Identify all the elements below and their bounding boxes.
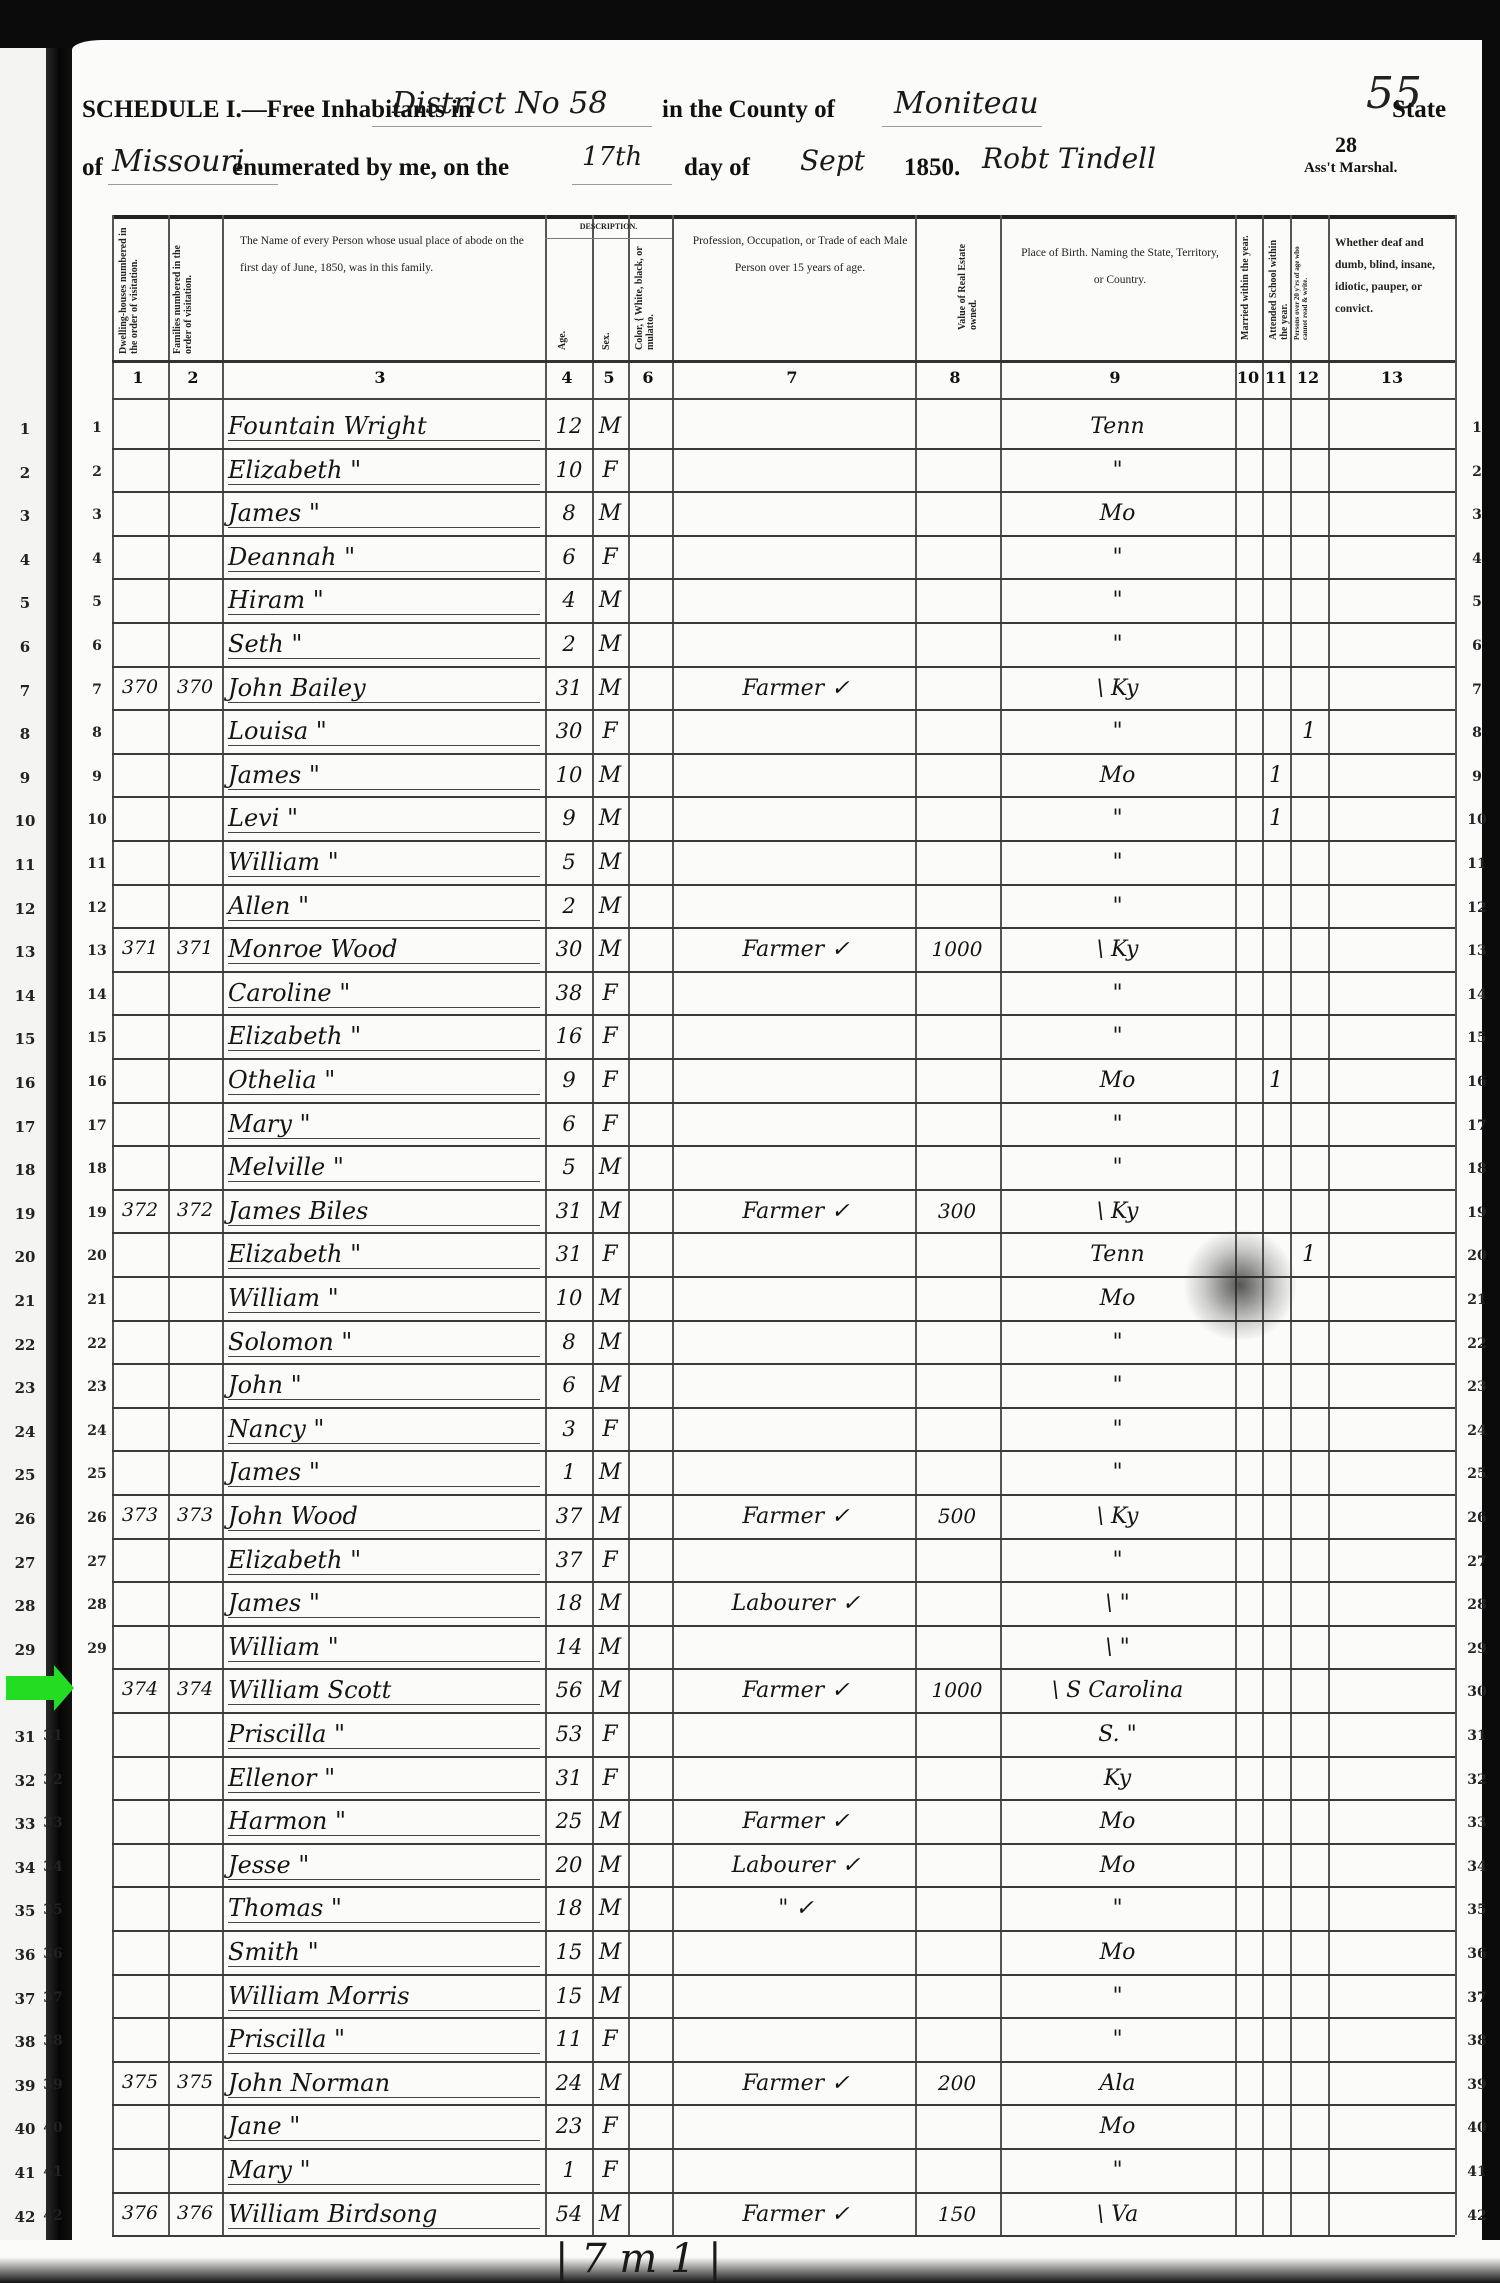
person-name[interactable]: William Birdsong xyxy=(228,2200,540,2229)
line-number-right: 26 xyxy=(1462,1510,1492,1526)
person-age: 31 xyxy=(548,1766,590,1790)
row-rule xyxy=(112,1625,1455,1627)
person-age: 3 xyxy=(548,1417,590,1441)
line-number-right: 1 xyxy=(1462,420,1492,436)
table-top-rule xyxy=(112,215,1455,219)
line-number-left: 25 xyxy=(84,1466,110,1482)
line-number-left: 33 xyxy=(40,1815,66,1831)
person-name[interactable]: Levi " xyxy=(228,804,540,833)
person-name[interactable]: James " xyxy=(228,1589,540,1618)
row-rule xyxy=(112,840,1455,842)
person-age: 9 xyxy=(548,806,590,830)
state-label: State xyxy=(1392,96,1446,124)
of-label: of xyxy=(82,154,103,182)
line-number-left: 16 xyxy=(84,1074,110,1090)
person-age: 24 xyxy=(548,2071,590,2095)
person-sex: F xyxy=(592,545,628,570)
birthplace: " xyxy=(1005,1417,1230,1442)
line-number-right: 27 xyxy=(1462,1554,1492,1570)
person-sex: F xyxy=(592,2027,628,2052)
person-name[interactable]: Smith " xyxy=(228,1938,540,1967)
column-header-occupation: Profession, Occupation, or Trade of each… xyxy=(690,228,910,282)
line-number-right: 13 xyxy=(1462,943,1492,959)
birthplace: \ Ky xyxy=(1005,1199,1230,1224)
person-sex: F xyxy=(592,1766,628,1791)
line-number-right: 29 xyxy=(1462,1641,1492,1657)
person-age: 14 xyxy=(548,1635,590,1659)
marshal-name: Robt Tindell xyxy=(982,142,1156,175)
adjacent-line-number: 19 xyxy=(10,1205,40,1223)
column-header-4: Age. xyxy=(557,225,568,350)
real-estate-value: 150 xyxy=(915,2202,999,2226)
highlight-arrow-head-icon xyxy=(54,1665,74,1711)
dwelling-number: 375 xyxy=(112,2071,168,2093)
column-header-10: Married within the year. xyxy=(1240,225,1251,340)
person-name[interactable]: Thomas " xyxy=(228,1894,540,1923)
person-name[interactable]: William Scott xyxy=(228,1676,540,1705)
person-sex: M xyxy=(592,937,628,962)
row-rule xyxy=(112,709,1455,711)
person-name[interactable]: Seth " xyxy=(228,630,540,659)
person-age: 38 xyxy=(548,981,590,1005)
row-rule xyxy=(112,1538,1455,1540)
line-number-left: 15 xyxy=(84,1030,110,1046)
row-rule xyxy=(112,2061,1455,2063)
line-number-right: 38 xyxy=(1462,2033,1492,2049)
person-name[interactable]: Elizabeth " xyxy=(228,1022,540,1051)
line-number-left: 8 xyxy=(84,725,110,741)
real-estate-value: 1000 xyxy=(915,937,999,961)
person-sex: F xyxy=(592,1417,628,1442)
birthplace: \ Ky xyxy=(1005,937,1230,962)
row-rule xyxy=(112,1363,1455,1365)
line-number-right: 33 xyxy=(1462,1815,1492,1831)
line-number-right: 19 xyxy=(1462,1205,1492,1221)
line-number-right: 37 xyxy=(1462,1990,1492,2006)
column-header-name: The Name of every Person whose usual pla… xyxy=(240,228,530,282)
state-value: Missouri xyxy=(112,144,244,179)
occupation: Labourer ✓ xyxy=(680,1853,912,1878)
adjacent-line-number: 26 xyxy=(10,1510,40,1528)
person-name[interactable]: Elizabeth " xyxy=(228,456,540,485)
birthplace: \ Va xyxy=(1005,2202,1230,2227)
line-number-right: 11 xyxy=(1462,856,1492,872)
person-sex: M xyxy=(592,806,628,831)
birthplace: Mo xyxy=(1005,1068,1230,1093)
person-name[interactable]: Caroline " xyxy=(228,979,540,1008)
cannot-read-write: 1 xyxy=(1290,719,1328,744)
adjacent-line-number: 5 xyxy=(10,594,40,612)
person-sex: F xyxy=(592,1722,628,1747)
row-rule xyxy=(112,796,1455,798)
county-value: Moniteau xyxy=(894,86,1039,121)
column-divider xyxy=(1455,215,1457,2235)
row-rule xyxy=(112,1668,1455,1670)
row-rule xyxy=(112,1886,1455,1888)
adjacent-line-number: 20 xyxy=(10,1248,40,1266)
adjacent-line-number: 11 xyxy=(10,856,40,874)
person-sex: M xyxy=(592,414,628,439)
line-number-left: 6 xyxy=(84,638,110,654)
person-name[interactable]: James Biles xyxy=(228,1197,540,1226)
person-name[interactable]: William " xyxy=(228,848,540,877)
adjacent-line-number: 25 xyxy=(10,1466,40,1484)
person-age: 6 xyxy=(548,545,590,569)
person-sex: M xyxy=(592,1199,628,1224)
person-name[interactable]: Jesse " xyxy=(228,1851,540,1880)
person-sex: M xyxy=(592,1504,628,1529)
birthplace: " xyxy=(1005,1112,1230,1137)
person-name[interactable]: Mary " xyxy=(228,1110,540,1139)
birthplace: Ky xyxy=(1005,1766,1230,1791)
birthplace: " xyxy=(1005,632,1230,657)
line-number-right: 3 xyxy=(1462,507,1492,523)
person-name[interactable]: John " xyxy=(228,1371,540,1400)
person-sex: M xyxy=(592,1940,628,1965)
line-number-left: 18 xyxy=(84,1161,110,1177)
line-number-right: 24 xyxy=(1462,1423,1492,1439)
person-age: 4 xyxy=(548,588,590,612)
person-name[interactable]: Othelia " xyxy=(228,1066,540,1095)
line-number-right: 21 xyxy=(1462,1292,1492,1308)
person-name[interactable]: Priscilla " xyxy=(228,2025,540,2054)
highlight-arrow-icon xyxy=(6,1676,54,1700)
column-number: 9 xyxy=(1101,368,1129,387)
person-sex: F xyxy=(592,719,628,744)
line-number-right: 7 xyxy=(1462,682,1492,698)
person-name[interactable]: James " xyxy=(228,499,540,528)
adjacent-line-number: 15 xyxy=(10,1030,40,1048)
birthplace: " xyxy=(1005,719,1230,744)
person-sex: M xyxy=(592,1678,628,1703)
column-number: 13 xyxy=(1378,368,1406,387)
column-header-11: Attended School within the year. xyxy=(1268,225,1290,340)
row-rule xyxy=(112,2192,1455,2194)
row-rule xyxy=(112,1974,1455,1976)
person-sex: M xyxy=(592,2071,628,2096)
person-age: 56 xyxy=(548,1678,590,1702)
birthplace: \ Ky xyxy=(1005,676,1230,701)
person-name[interactable]: Melville " xyxy=(228,1153,540,1182)
birthplace: " xyxy=(1005,1024,1230,1049)
row-rule xyxy=(112,884,1455,886)
column-number: 4 xyxy=(553,368,581,387)
birthplace: " xyxy=(1005,806,1230,831)
row-rule xyxy=(112,535,1455,537)
adjacent-line-number: 16 xyxy=(10,1074,40,1092)
column-divider xyxy=(1235,215,1237,2235)
row-rule xyxy=(112,578,1455,580)
person-age: 6 xyxy=(548,1373,590,1397)
person-name[interactable]: William Morris xyxy=(228,1982,540,2011)
person-age: 15 xyxy=(548,1940,590,1964)
line-number-left: 27 xyxy=(84,1554,110,1570)
birthplace: Mo xyxy=(1005,1809,1230,1834)
person-sex: F xyxy=(592,1068,628,1093)
adjacent-line-number: 22 xyxy=(10,1336,40,1354)
row-rule xyxy=(112,1843,1455,1845)
person-age: 5 xyxy=(548,850,590,874)
row-rule xyxy=(112,1058,1455,1060)
person-name[interactable]: William " xyxy=(228,1284,540,1313)
dwelling-number: 374 xyxy=(112,1678,168,1700)
dwelling-number: 372 xyxy=(112,1199,168,1221)
occupation: Labourer ✓ xyxy=(680,1591,912,1616)
birthplace: Mo xyxy=(1005,501,1230,526)
column-number: 5 xyxy=(595,368,623,387)
person-name[interactable]: Deannah " xyxy=(228,543,540,572)
line-number-left: 28 xyxy=(84,1597,110,1613)
column-divider xyxy=(1328,215,1330,2235)
person-name[interactable]: John Bailey xyxy=(228,674,540,703)
line-number-left: 23 xyxy=(84,1379,110,1395)
line-number-right: 41 xyxy=(1462,2164,1492,2180)
line-number-right: 17 xyxy=(1462,1118,1492,1134)
day-value: 17th xyxy=(582,142,642,172)
person-name[interactable]: James " xyxy=(228,761,540,790)
line-number-right: 9 xyxy=(1462,769,1492,785)
line-number-right: 2 xyxy=(1462,464,1492,480)
family-number: 376 xyxy=(168,2202,222,2224)
adjacent-line-number: 34 xyxy=(10,1859,40,1877)
family-number: 375 xyxy=(168,2071,222,2093)
row-rule xyxy=(112,1407,1455,1409)
line-number-left: 1 xyxy=(84,420,110,436)
occupation: Farmer ✓ xyxy=(680,1678,912,1703)
attended-school: 1 xyxy=(1262,806,1290,831)
line-number-right: 32 xyxy=(1462,1772,1492,1788)
adjacent-line-number: 33 xyxy=(10,1815,40,1833)
line-number-right: 15 xyxy=(1462,1030,1492,1046)
line-number-left: 26 xyxy=(84,1510,110,1526)
county-label: in the County of xyxy=(662,96,835,124)
adjacent-line-number: 6 xyxy=(10,638,40,656)
row-rule xyxy=(112,1145,1455,1147)
person-age: 30 xyxy=(548,937,590,961)
person-age: 8 xyxy=(548,1330,590,1354)
occupation: Farmer ✓ xyxy=(680,1809,912,1834)
real-estate-value: 500 xyxy=(915,1504,999,1528)
person-sex: M xyxy=(592,894,628,919)
line-number-left: 19 xyxy=(84,1205,110,1221)
column-divider xyxy=(672,215,674,2235)
adjacent-line-number: 21 xyxy=(10,1292,40,1310)
line-number-right: 22 xyxy=(1462,1336,1492,1352)
person-age: 8 xyxy=(548,501,590,525)
person-sex: M xyxy=(592,1591,628,1616)
person-sex: M xyxy=(592,850,628,875)
family-number: 372 xyxy=(168,1199,222,1221)
page-bottom-edge xyxy=(0,2240,1500,2283)
adjacent-line-number: 41 xyxy=(10,2164,40,2182)
birthplace: Ala xyxy=(1005,2071,1230,2096)
column-number: 6 xyxy=(634,368,662,387)
column-header-1: Dwelling-houses numbered in the order of… xyxy=(118,225,140,354)
footer-tally-mark: | 7 m 1 | xyxy=(555,2236,722,2282)
adjacent-line-number: 2 xyxy=(10,464,40,482)
line-number-right: 10 xyxy=(1462,812,1492,828)
dwelling-number: 376 xyxy=(112,2202,168,2224)
person-age: 2 xyxy=(548,894,590,918)
person-sex: M xyxy=(592,1984,628,2009)
attended-school: 1 xyxy=(1262,763,1290,788)
person-age: 30 xyxy=(548,719,590,743)
column-divider xyxy=(168,215,170,2235)
person-age: 1 xyxy=(548,2158,590,2182)
birthplace: " xyxy=(1005,1896,1230,1921)
person-sex: M xyxy=(592,1853,628,1878)
line-number-left: 14 xyxy=(84,987,110,1003)
birthplace: \ " xyxy=(1005,1591,1230,1616)
adjacent-line-number: 29 xyxy=(10,1641,40,1659)
birthplace: " xyxy=(1005,2027,1230,2052)
column-divider xyxy=(628,215,630,2235)
dwelling-number: 370 xyxy=(112,676,168,698)
adjacent-line-number: 28 xyxy=(10,1597,40,1615)
adjacent-line-number: 13 xyxy=(10,943,40,961)
person-age: 20 xyxy=(548,1853,590,1877)
birthplace: " xyxy=(1005,894,1230,919)
person-age: 5 xyxy=(548,1155,590,1179)
column-divider xyxy=(545,215,547,2235)
birthplace: \ " xyxy=(1005,1635,1230,1660)
person-name[interactable]: Elizabeth " xyxy=(228,1240,540,1269)
person-age: 10 xyxy=(548,763,590,787)
person-sex: M xyxy=(592,588,628,613)
dwelling-number: 371 xyxy=(112,937,168,959)
column-number: 2 xyxy=(179,368,207,387)
person-name[interactable]: Priscilla " xyxy=(228,1720,540,1749)
birthplace: " xyxy=(1005,981,1230,1006)
person-sex: M xyxy=(592,676,628,701)
header-bottom-rule xyxy=(112,360,1455,363)
person-sex: M xyxy=(592,1155,628,1180)
row-rule xyxy=(112,753,1455,755)
column-header-5: Sex. xyxy=(601,225,612,350)
person-name[interactable]: Mary " xyxy=(228,2156,540,2185)
adjacent-line-number: 10 xyxy=(10,812,40,830)
adjacent-line-number: 8 xyxy=(10,725,40,743)
row-rule xyxy=(112,1189,1455,1191)
adjacent-line-number: 38 xyxy=(10,2033,40,2051)
person-name[interactable]: Fountain Wright xyxy=(228,412,540,441)
person-sex: M xyxy=(592,1896,628,1921)
line-number-right: 39 xyxy=(1462,2077,1492,2093)
person-name[interactable]: Solomon " xyxy=(228,1328,540,1357)
person-name[interactable]: Elizabeth " xyxy=(228,1546,540,1575)
line-number-right: 8 xyxy=(1462,725,1492,741)
line-number-right: 35 xyxy=(1462,1902,1492,1918)
occupation: Farmer ✓ xyxy=(680,2202,912,2227)
line-number-left: 4 xyxy=(84,551,110,567)
row-rule xyxy=(112,1014,1455,1016)
person-name[interactable]: William " xyxy=(228,1633,540,1662)
person-name[interactable]: Harmon " xyxy=(228,1807,540,1836)
day-of-label: day of xyxy=(684,154,750,182)
line-number-right: 36 xyxy=(1462,1946,1492,1962)
line-number-left: 42 xyxy=(40,2208,66,2224)
birthplace: " xyxy=(1005,1373,1230,1398)
person-name[interactable]: John Norman xyxy=(228,2069,540,2098)
real-estate-value: 200 xyxy=(915,2071,999,2095)
row-rule xyxy=(112,1450,1455,1452)
line-number-left: 34 xyxy=(40,1859,66,1875)
person-sex: M xyxy=(592,501,628,526)
column-number: 11 xyxy=(1262,368,1290,387)
birthplace: " xyxy=(1005,1330,1230,1355)
line-number-right: 6 xyxy=(1462,638,1492,654)
ink-smudge xyxy=(1180,1230,1300,1340)
row-rule xyxy=(112,971,1455,973)
line-number-left: 7 xyxy=(84,682,110,698)
line-number-left: 31 xyxy=(40,1728,66,1744)
line-number-right: 31 xyxy=(1462,1728,1492,1744)
person-name[interactable]: James " xyxy=(228,1458,540,1487)
birthplace: " xyxy=(1005,1155,1230,1180)
column-divider xyxy=(112,215,114,2235)
row-rule xyxy=(112,1494,1455,1496)
person-age: 31 xyxy=(548,676,590,700)
person-age: 31 xyxy=(548,1242,590,1266)
row-rule xyxy=(112,448,1455,450)
column-header-birthplace: Place of Birth. Naming the State, Territ… xyxy=(1015,240,1225,294)
person-age: 53 xyxy=(548,1722,590,1746)
adjacent-line-number: 3 xyxy=(10,507,40,525)
line-number-right: 28 xyxy=(1462,1597,1492,1613)
enumerated-label: enumerated by me, on the xyxy=(232,154,509,182)
person-name[interactable]: Hiram " xyxy=(228,586,540,615)
line-number-right: 30 xyxy=(1462,1684,1492,1700)
column-number: 3 xyxy=(366,368,394,387)
line-number-right: 18 xyxy=(1462,1161,1492,1177)
column-header-infirmity: Whether deaf and dumb, blind, insane, id… xyxy=(1335,232,1453,320)
line-number-left: 39 xyxy=(40,2077,66,2093)
line-number-left: 35 xyxy=(40,1902,66,1918)
person-age: 37 xyxy=(548,1548,590,1572)
row-rule xyxy=(112,2148,1455,2150)
person-name[interactable]: Nancy " xyxy=(228,1415,540,1444)
person-sex: M xyxy=(592,1330,628,1355)
adjacent-line-number: 24 xyxy=(10,1423,40,1441)
person-sex: F xyxy=(592,1112,628,1137)
person-name[interactable]: John Wood xyxy=(228,1502,540,1531)
column-header-12: Persons over 20 y'rs of age who cannot r… xyxy=(1294,225,1309,340)
adjacent-line-number: 14 xyxy=(10,987,40,1005)
person-name[interactable]: Ellenor " xyxy=(228,1764,540,1793)
birthplace: " xyxy=(1005,588,1230,613)
column-divider xyxy=(1262,215,1264,2235)
person-name[interactable]: Jane " xyxy=(228,2112,540,2141)
line-number-right: 12 xyxy=(1462,900,1492,916)
adjacent-line-number: 37 xyxy=(10,1990,40,2008)
line-number-left: 41 xyxy=(40,2164,66,2180)
person-name[interactable]: Monroe Wood xyxy=(228,935,540,964)
row-rule xyxy=(112,1102,1455,1104)
adjacent-line-number: 18 xyxy=(10,1161,40,1179)
line-number-right: 20 xyxy=(1462,1248,1492,1264)
line-number-right: 16 xyxy=(1462,1074,1492,1090)
person-name[interactable]: Louisa " xyxy=(228,717,540,746)
person-name[interactable]: Allen " xyxy=(228,892,540,921)
dwelling-number: 373 xyxy=(112,1504,168,1526)
real-estate-value: 1000 xyxy=(915,1678,999,1702)
adjacent-line-number: 32 xyxy=(10,1772,40,1790)
person-age: 6 xyxy=(548,1112,590,1136)
line-number-right: 14 xyxy=(1462,987,1492,1003)
birthplace: " xyxy=(1005,1548,1230,1573)
person-age: 10 xyxy=(548,1286,590,1310)
occupation: Farmer ✓ xyxy=(680,937,912,962)
